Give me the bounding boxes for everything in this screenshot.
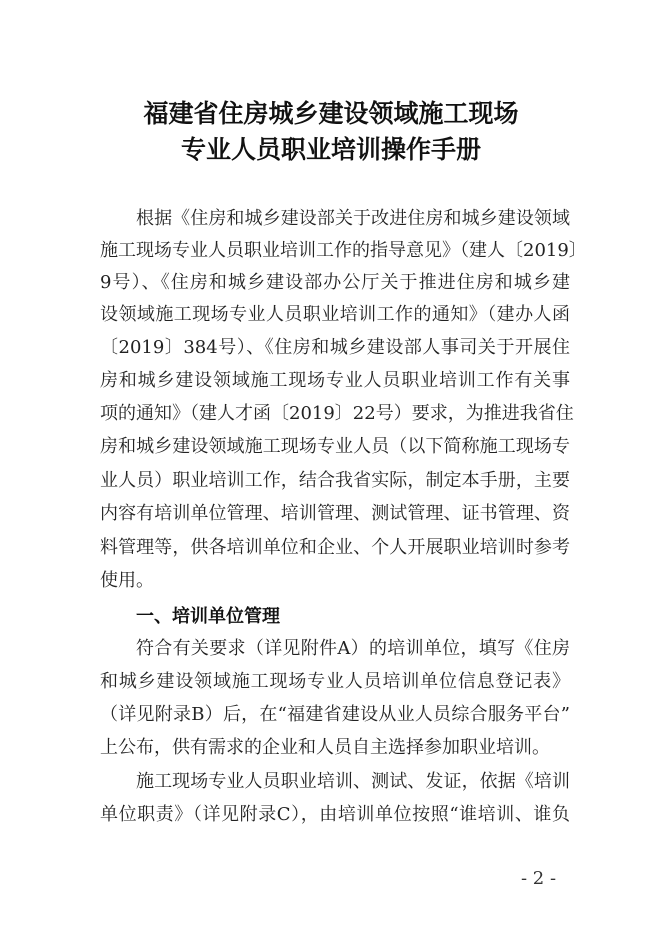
page-number: - 2 -	[521, 868, 556, 889]
document-page: 福建省住房城乡建设领域施工现场 专业人员职业培训操作手册 根据《住房和城乡建设部…	[0, 0, 662, 936]
intro-line: 使用。	[100, 566, 570, 592]
intro-line: 房和城乡建设领域施工现场专业人员（以下简称施工现场专	[100, 432, 570, 458]
intro-line: 内容有培训单位管理、培训管理、测试管理、证书管理、资	[100, 499, 570, 525]
body-line: 上公布，供有需求的企业和人员自主选择参加职业培训。	[100, 733, 570, 759]
intro-line: 9号）、《住房和城乡建设部办公厅关于推进住房和城乡建	[100, 268, 570, 294]
body-line: 施工现场专业人员职业培训、测试、发证，依据《培训	[136, 767, 570, 793]
body-line: （详见附录B）后，在“福建省建设从业人员综合服务平台”	[100, 700, 570, 726]
body-line: 符合有关要求（详见附件A）的培训单位，填写《住房	[136, 634, 570, 660]
intro-line: 房和城乡建设领域施工现场专业人员职业培训工作有关事	[100, 366, 570, 392]
section-heading: 一、培训单位管理	[136, 602, 280, 628]
document-title-line-2: 专业人员职业培训操作手册	[0, 130, 662, 166]
body-line: 单位职责》（详见附录C），由培训单位按照“谁培训、谁负	[100, 800, 570, 826]
body-line: 和城乡建设领域施工现场专业人员培训单位信息登记表》	[100, 667, 570, 693]
intro-line: 业人员）职业培训工作，结合我省实际，制定本手册，主要	[100, 466, 570, 492]
intro-line: 施工现场专业人员职业培训工作的指导意见》（建人〔2019〕	[100, 236, 570, 262]
intro-line: 设领域施工现场专业人员职业培训工作的通知》（建办人函	[100, 300, 570, 326]
intro-line: 〔2019〕384号）、《住房和城乡建设部人事司关于开展住	[100, 333, 570, 359]
intro-line: 项的通知》（建人才函〔2019〕22号）要求，为推进我省住	[100, 399, 570, 425]
document-title-line-1: 福建省住房城乡建设领域施工现场	[0, 94, 662, 130]
intro-line: 根据《住房和城乡建设部关于改进住房和城乡建设领域	[136, 204, 570, 230]
intro-line: 料管理等，供各培训单位和企业、个人开展职业培训时参考	[100, 533, 570, 559]
